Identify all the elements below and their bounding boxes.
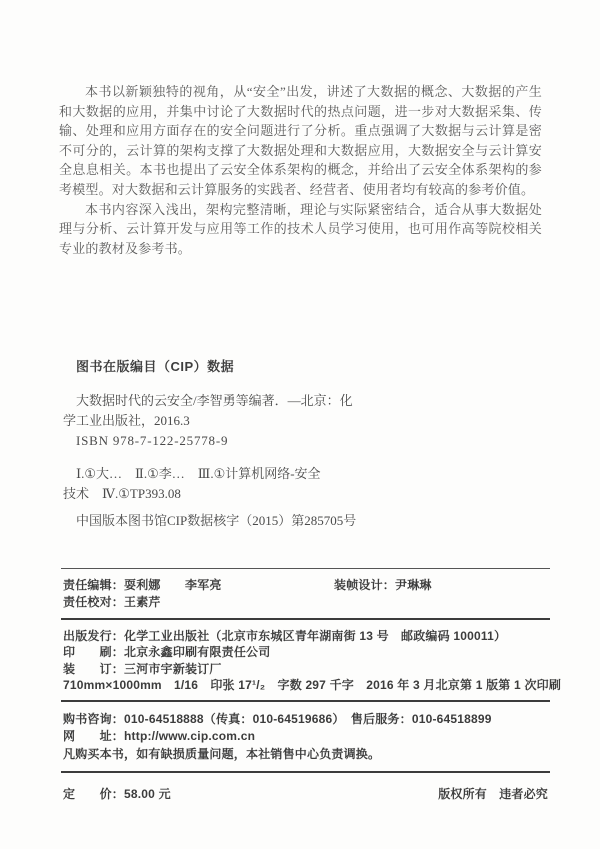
book-designer: 装帧设计：尹琳琳 — [334, 577, 432, 594]
responsible-editor: 责任编辑：耍利娜 李军亮 — [63, 577, 334, 594]
cip-isbn: ISBN 978-7-122-25778-9 — [63, 431, 363, 451]
responsible-proofreader: 责任校对：王素芹 — [63, 594, 161, 611]
price: 定 价：58.00 元 — [63, 785, 171, 802]
credits-block: 责任编辑：耍利娜 李军亮 装帧设计：尹琳琳 责任校对：王素芹 — [61, 569, 550, 618]
designer-name: 尹琳琳 — [395, 578, 432, 592]
cip-record-number: 中国版本图书馆CIP数据核字（2015）第285705号 — [63, 511, 363, 531]
intro-paragraph-2: 本书内容深入浅出，架构完整清晰，理论与实际紧密结合，适合从事大数据处理与分析、云… — [59, 200, 542, 259]
credits-row-2: 责任校对：王素芹 — [63, 594, 548, 611]
spacer — [63, 504, 363, 511]
publishing-block: 出版发行：化学工业出版社（北京市东城区青年湖南街 13 号 邮政编码 10001… — [61, 620, 550, 700]
price-rights-row: 定 价：58.00 元 版权所有 违者必究 — [61, 773, 550, 802]
binder-label: 装 订： — [63, 662, 124, 676]
proofreader-label: 责任校对： — [63, 595, 124, 609]
printer-label: 印 刷： — [63, 645, 124, 659]
editor-names: 耍利娜 李军亮 — [124, 578, 222, 592]
cip-classification-line-2: 技术 Ⅳ.①TP393.08 — [63, 484, 363, 504]
price-value: 58.00 元 — [124, 787, 171, 801]
book-intro: 本书以新颖独特的视角，从“安全”出发，讲述了大数据的概念、大数据的产生和大数据的… — [59, 82, 542, 258]
website-line: 网 址：http://www.cip.com.cn — [63, 728, 548, 745]
printer-value: 北京永鑫印刷有限责任公司 — [124, 645, 270, 659]
printer-line: 印 刷：北京永鑫印刷有限责任公司 — [63, 644, 548, 660]
spacer — [63, 451, 363, 464]
price-label: 定 价： — [63, 787, 124, 801]
book-copyright-page: 本书以新颖独特的视角，从“安全”出发，讲述了大数据的概念、大数据的产生和大数据的… — [0, 0, 600, 849]
cip-title-line-2: 学工业出版社，2016.3 — [63, 411, 363, 431]
publisher-label: 出版发行： — [63, 629, 124, 643]
cip-title-line-1: 大数据时代的云安全/李智勇等编著．—北京：化 — [63, 391, 363, 411]
contact-block: 购书咨询：010-64518888（传真：010-64519686） 售后服务：… — [61, 702, 550, 771]
binder-line: 装 订：三河市宇新装订厂 — [63, 661, 548, 677]
copyright-notice: 版权所有 违者必究 — [438, 785, 548, 802]
website-label: 网 址： — [63, 729, 124, 743]
cip-body: 大数据时代的云安全/李智勇等编著．—北京：化 学工业出版社，2016.3 ISB… — [63, 391, 363, 531]
colophon: 责任编辑：耍利娜 李军亮 装帧设计：尹琳琳 责任校对：王素芹 出版发行：化学工业… — [61, 568, 550, 802]
publisher-line: 出版发行：化学工业出版社（北京市东城区青年湖南街 13 号 邮政编码 10001… — [63, 628, 548, 644]
binder-value: 三河市宇新装订厂 — [124, 662, 222, 676]
credits-row-1: 责任编辑：耍利娜 李军亮 装帧设计：尹琳琳 — [63, 577, 548, 594]
website-url: http://www.cip.com.cn — [124, 729, 255, 743]
intro-paragraph-1: 本书以新颖独特的视角，从“安全”出发，讲述了大数据的概念、大数据的产生和大数据的… — [59, 82, 542, 200]
exchange-notice-line: 凡购买本书，如有缺损质量问题，本社销售中心负责调换。 — [63, 746, 548, 763]
format-edition-line: 710mm×1000mm 1/16 印张 17¹/₂ 字数 297 千字 201… — [63, 677, 548, 693]
design-label: 装帧设计： — [334, 578, 395, 592]
cip-heading: 图书在版编目（CIP）数据 — [63, 356, 363, 375]
publisher-value: 化学工业出版社（北京市东城区青年湖南街 13 号 邮政编码 100011） — [124, 629, 506, 643]
cip-block: 图书在版编目（CIP）数据 大数据时代的云安全/李智勇等编著．—北京：化 学工业… — [63, 356, 363, 531]
proofreader-name: 王素芹 — [124, 595, 161, 609]
editor-label: 责任编辑： — [63, 578, 124, 592]
purchase-phone-line: 购书咨询：010-64518888（传真：010-64519686） 售后服务：… — [63, 711, 548, 728]
cip-classification-line-1: Ⅰ.①大… Ⅱ.①李… Ⅲ.①计算机网络-安全 — [63, 464, 363, 484]
